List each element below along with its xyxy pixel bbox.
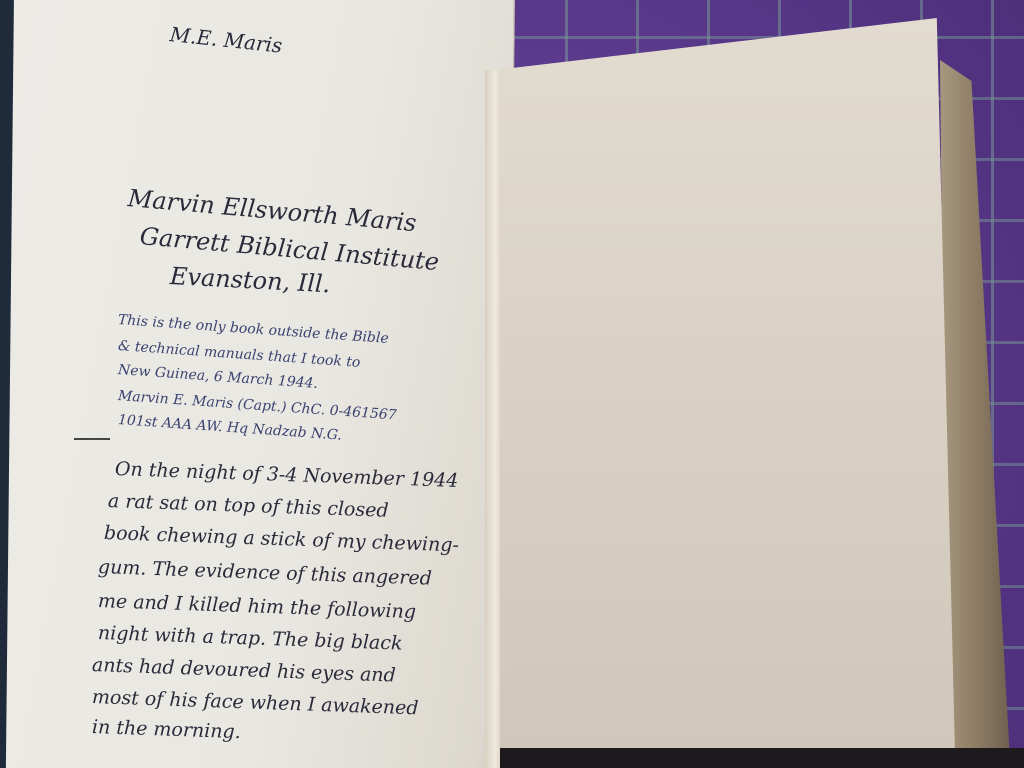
right-blank-page bbox=[500, 18, 955, 753]
separator-dash bbox=[74, 438, 110, 440]
open-book: M.E. Maris Marvin Ellsworth Maris Garret… bbox=[0, 0, 1024, 768]
book-cover-bottom bbox=[500, 748, 1024, 768]
